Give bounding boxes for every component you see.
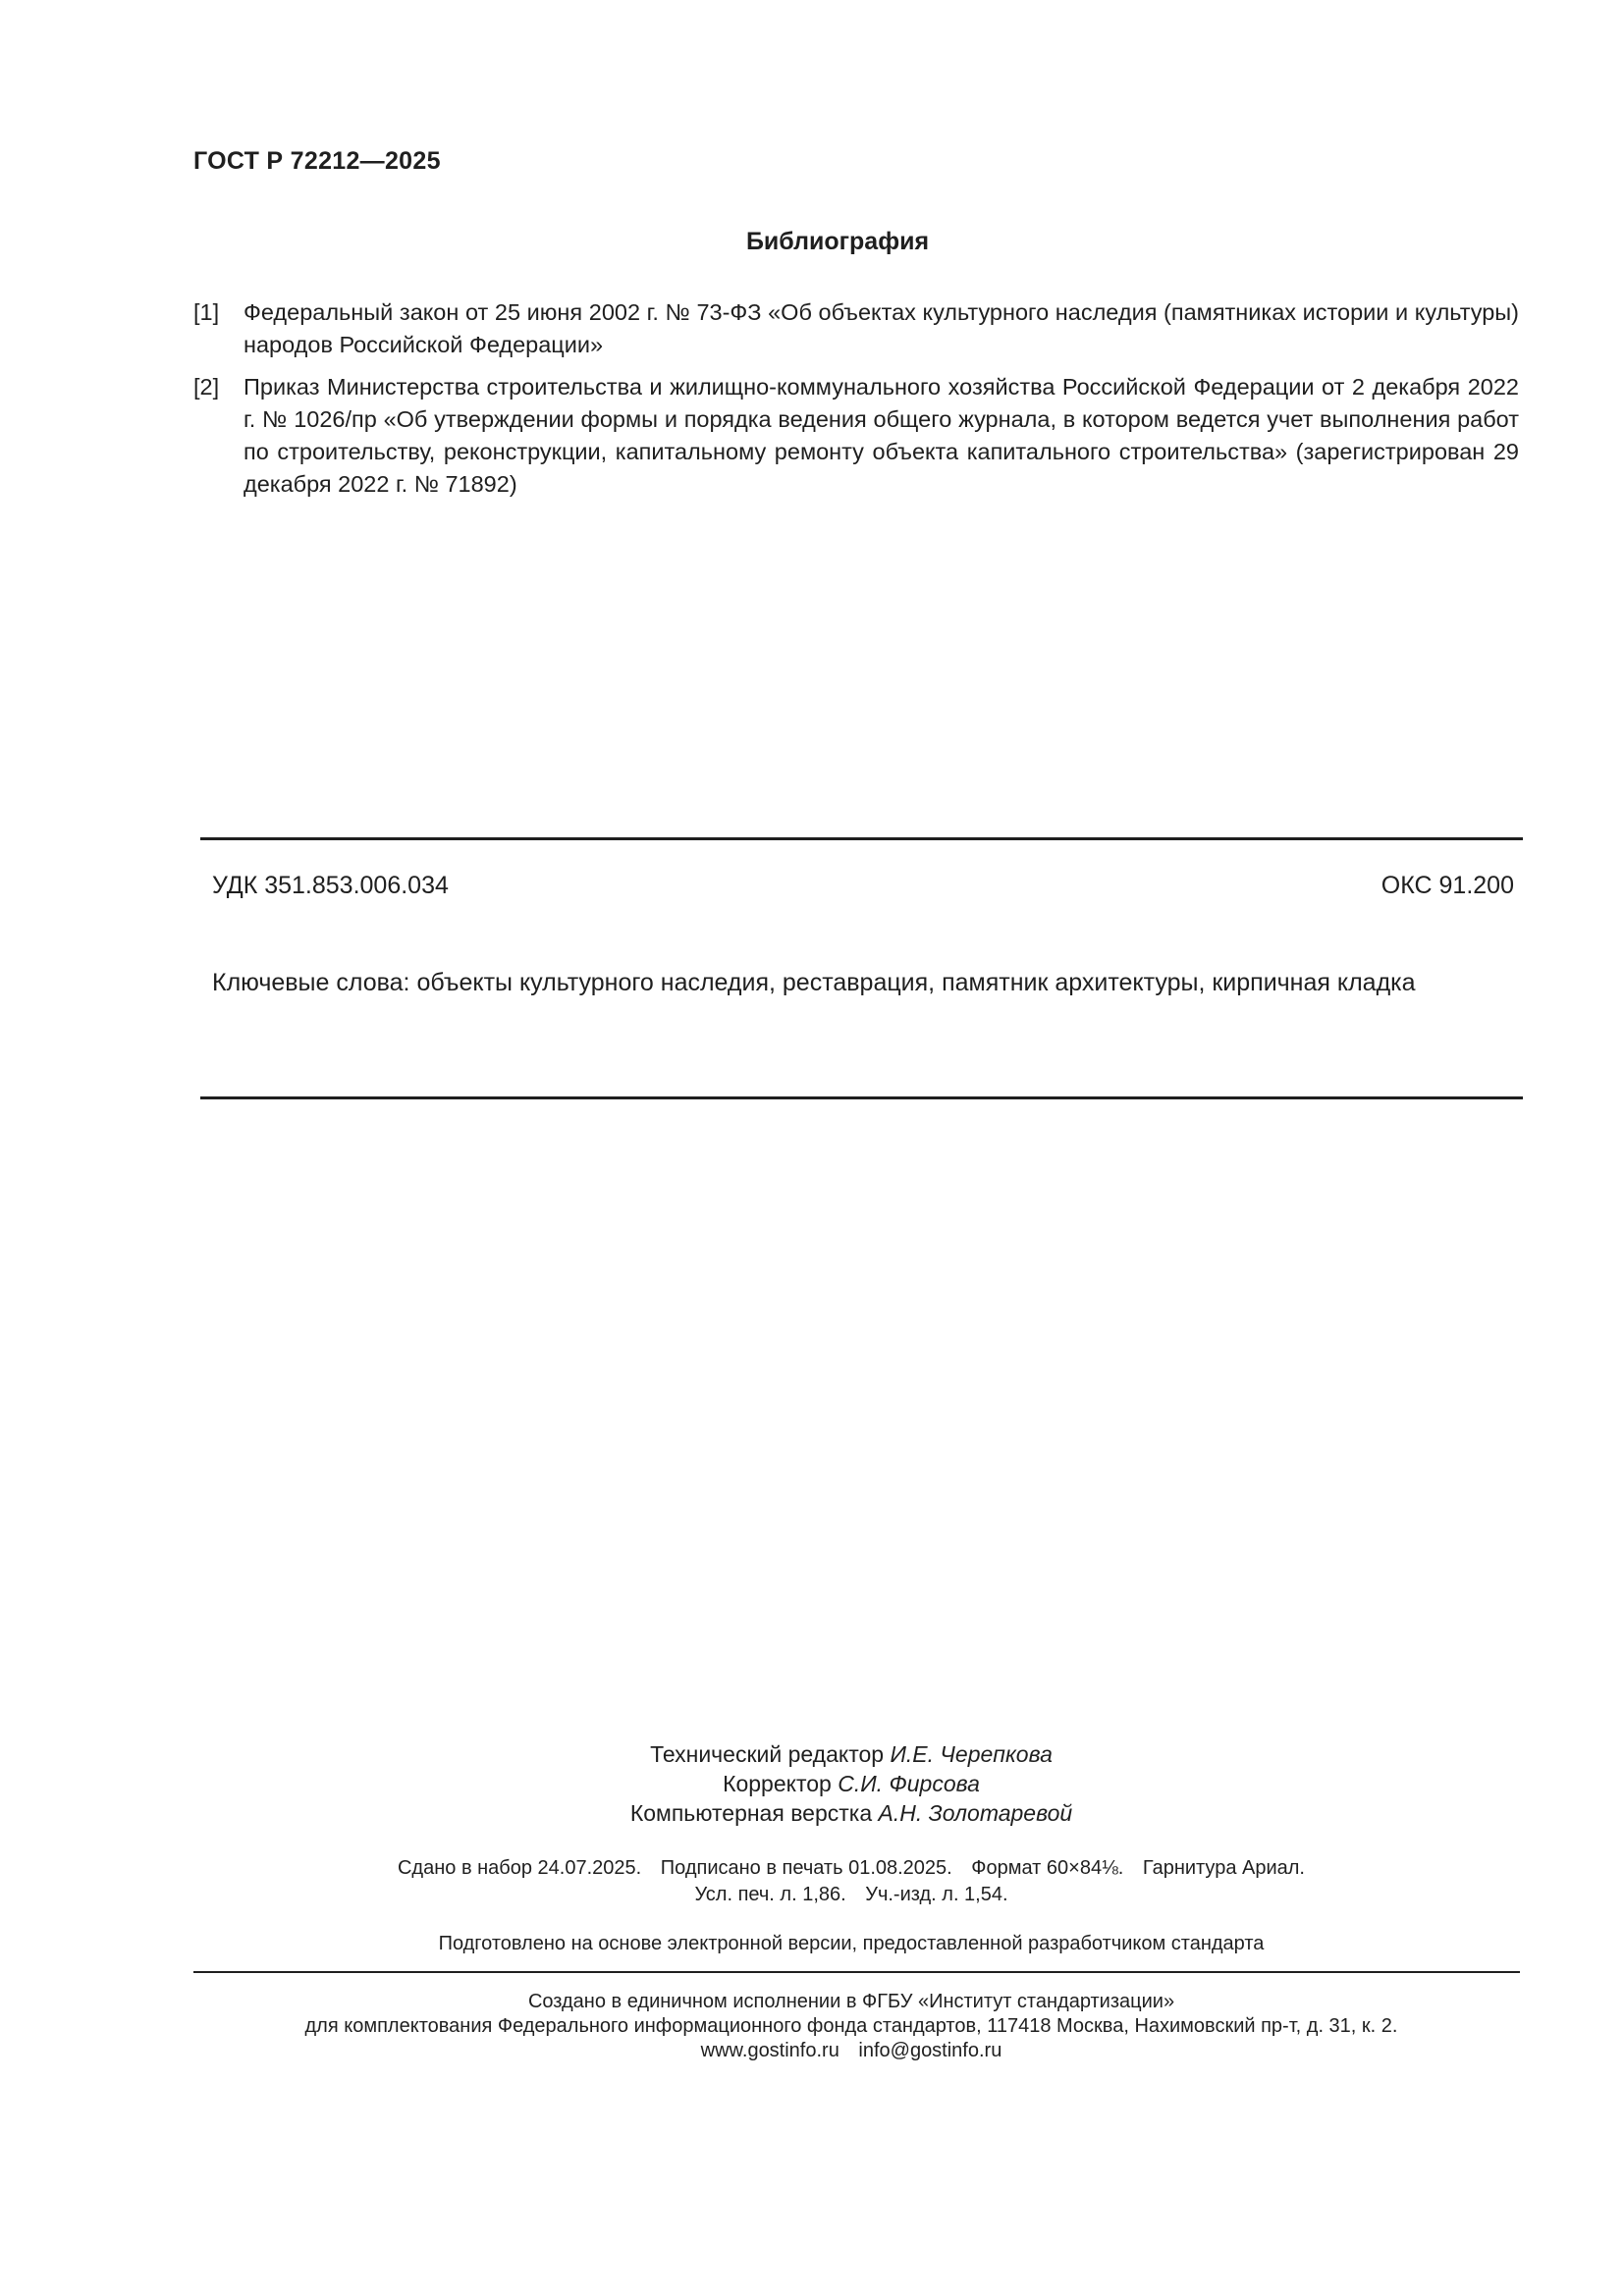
keywords: Ключевые слова: объекты культурного насл… — [212, 967, 1514, 999]
publisher-contacts: www.gostinfo.ru info@gostinfo.ru — [79, 2039, 1624, 2063]
bibliography-item: [2] Приказ Министерства строительства и … — [193, 371, 1519, 501]
print-info-line-2: Усл. печ. л. 1,86. Уч.-изд. л. 1,54. — [79, 1882, 1624, 1908]
email-link[interactable]: info@gostinfo.ru — [858, 2040, 1001, 2061]
print-info-line-1: Сдано в набор 24.07.2025. Подписано в пе… — [79, 1855, 1624, 1882]
print-sheets: Усл. печ. л. 1,86. — [694, 1884, 845, 1905]
divider-middle — [200, 1096, 1523, 1099]
publisher-line-2: для комплектования Федерального информац… — [79, 2014, 1624, 2039]
bibliography-number: [2] — [193, 371, 244, 501]
prepared-note: Подготовлено на основе электронной верси… — [0, 1933, 1624, 1955]
section-title: Библиография — [0, 228, 1624, 256]
signed-date: Подписано в печать 01.08.2025. — [661, 1857, 952, 1879]
layout-line: Компьютерная верстка А.Н. Золотаревой — [79, 1798, 1624, 1828]
document-code: ГОСТ Р 72212—2025 — [193, 147, 441, 176]
print-info: Сдано в набор 24.07.2025. Подписано в пе… — [0, 1855, 1624, 1908]
tech-editor-label: Технический редактор — [650, 1741, 884, 1767]
publisher-line-1: Создано в единичном исполнении в ФГБУ «И… — [79, 1990, 1624, 2014]
corrector-label: Корректор — [723, 1771, 832, 1796]
divider-top — [200, 837, 1523, 840]
layout-label: Компьютерная верстка — [630, 1800, 872, 1826]
website-link[interactable]: www.gostinfo.ru — [701, 2040, 839, 2061]
oks-code: ОКС 91.200 — [1381, 872, 1514, 900]
format: Формат 60×84⅛. — [971, 1857, 1123, 1879]
bibliography-number: [1] — [193, 296, 244, 361]
submitted-date: Сдано в набор 24.07.2025. — [398, 1857, 641, 1879]
bibliography-item: [1] Федеральный закон от 25 июня 2002 г.… — [193, 296, 1519, 361]
publisher-block: Создано в единичном исполнении в ФГБУ «И… — [0, 1990, 1624, 2063]
bibliography-text: Федеральный закон от 25 июня 2002 г. № 7… — [244, 296, 1519, 361]
tech-editor-name: И.Е. Черепкова — [890, 1741, 1052, 1767]
corrector-line: Корректор С.И. Фирсова — [79, 1769, 1624, 1798]
bibliography-list: [1] Федеральный закон от 25 июня 2002 г.… — [193, 296, 1519, 510]
udk-code: УДК 351.853.006.034 — [212, 872, 449, 900]
divider-bottom — [193, 1971, 1520, 1973]
corrector-name: С.И. Фирсова — [838, 1771, 980, 1796]
layout-name: А.Н. Золотаревой — [879, 1800, 1073, 1826]
typeface: Гарнитура Ариал. — [1143, 1857, 1305, 1879]
bibliography-text: Приказ Министерства строительства и жили… — [244, 371, 1519, 501]
publisher-sheets: Уч.-изд. л. 1,54. — [865, 1884, 1007, 1905]
credits-block: Технический редактор И.Е. Черепкова Корр… — [0, 1739, 1624, 1828]
tech-editor-line: Технический редактор И.Е. Черепкова — [79, 1739, 1624, 1769]
